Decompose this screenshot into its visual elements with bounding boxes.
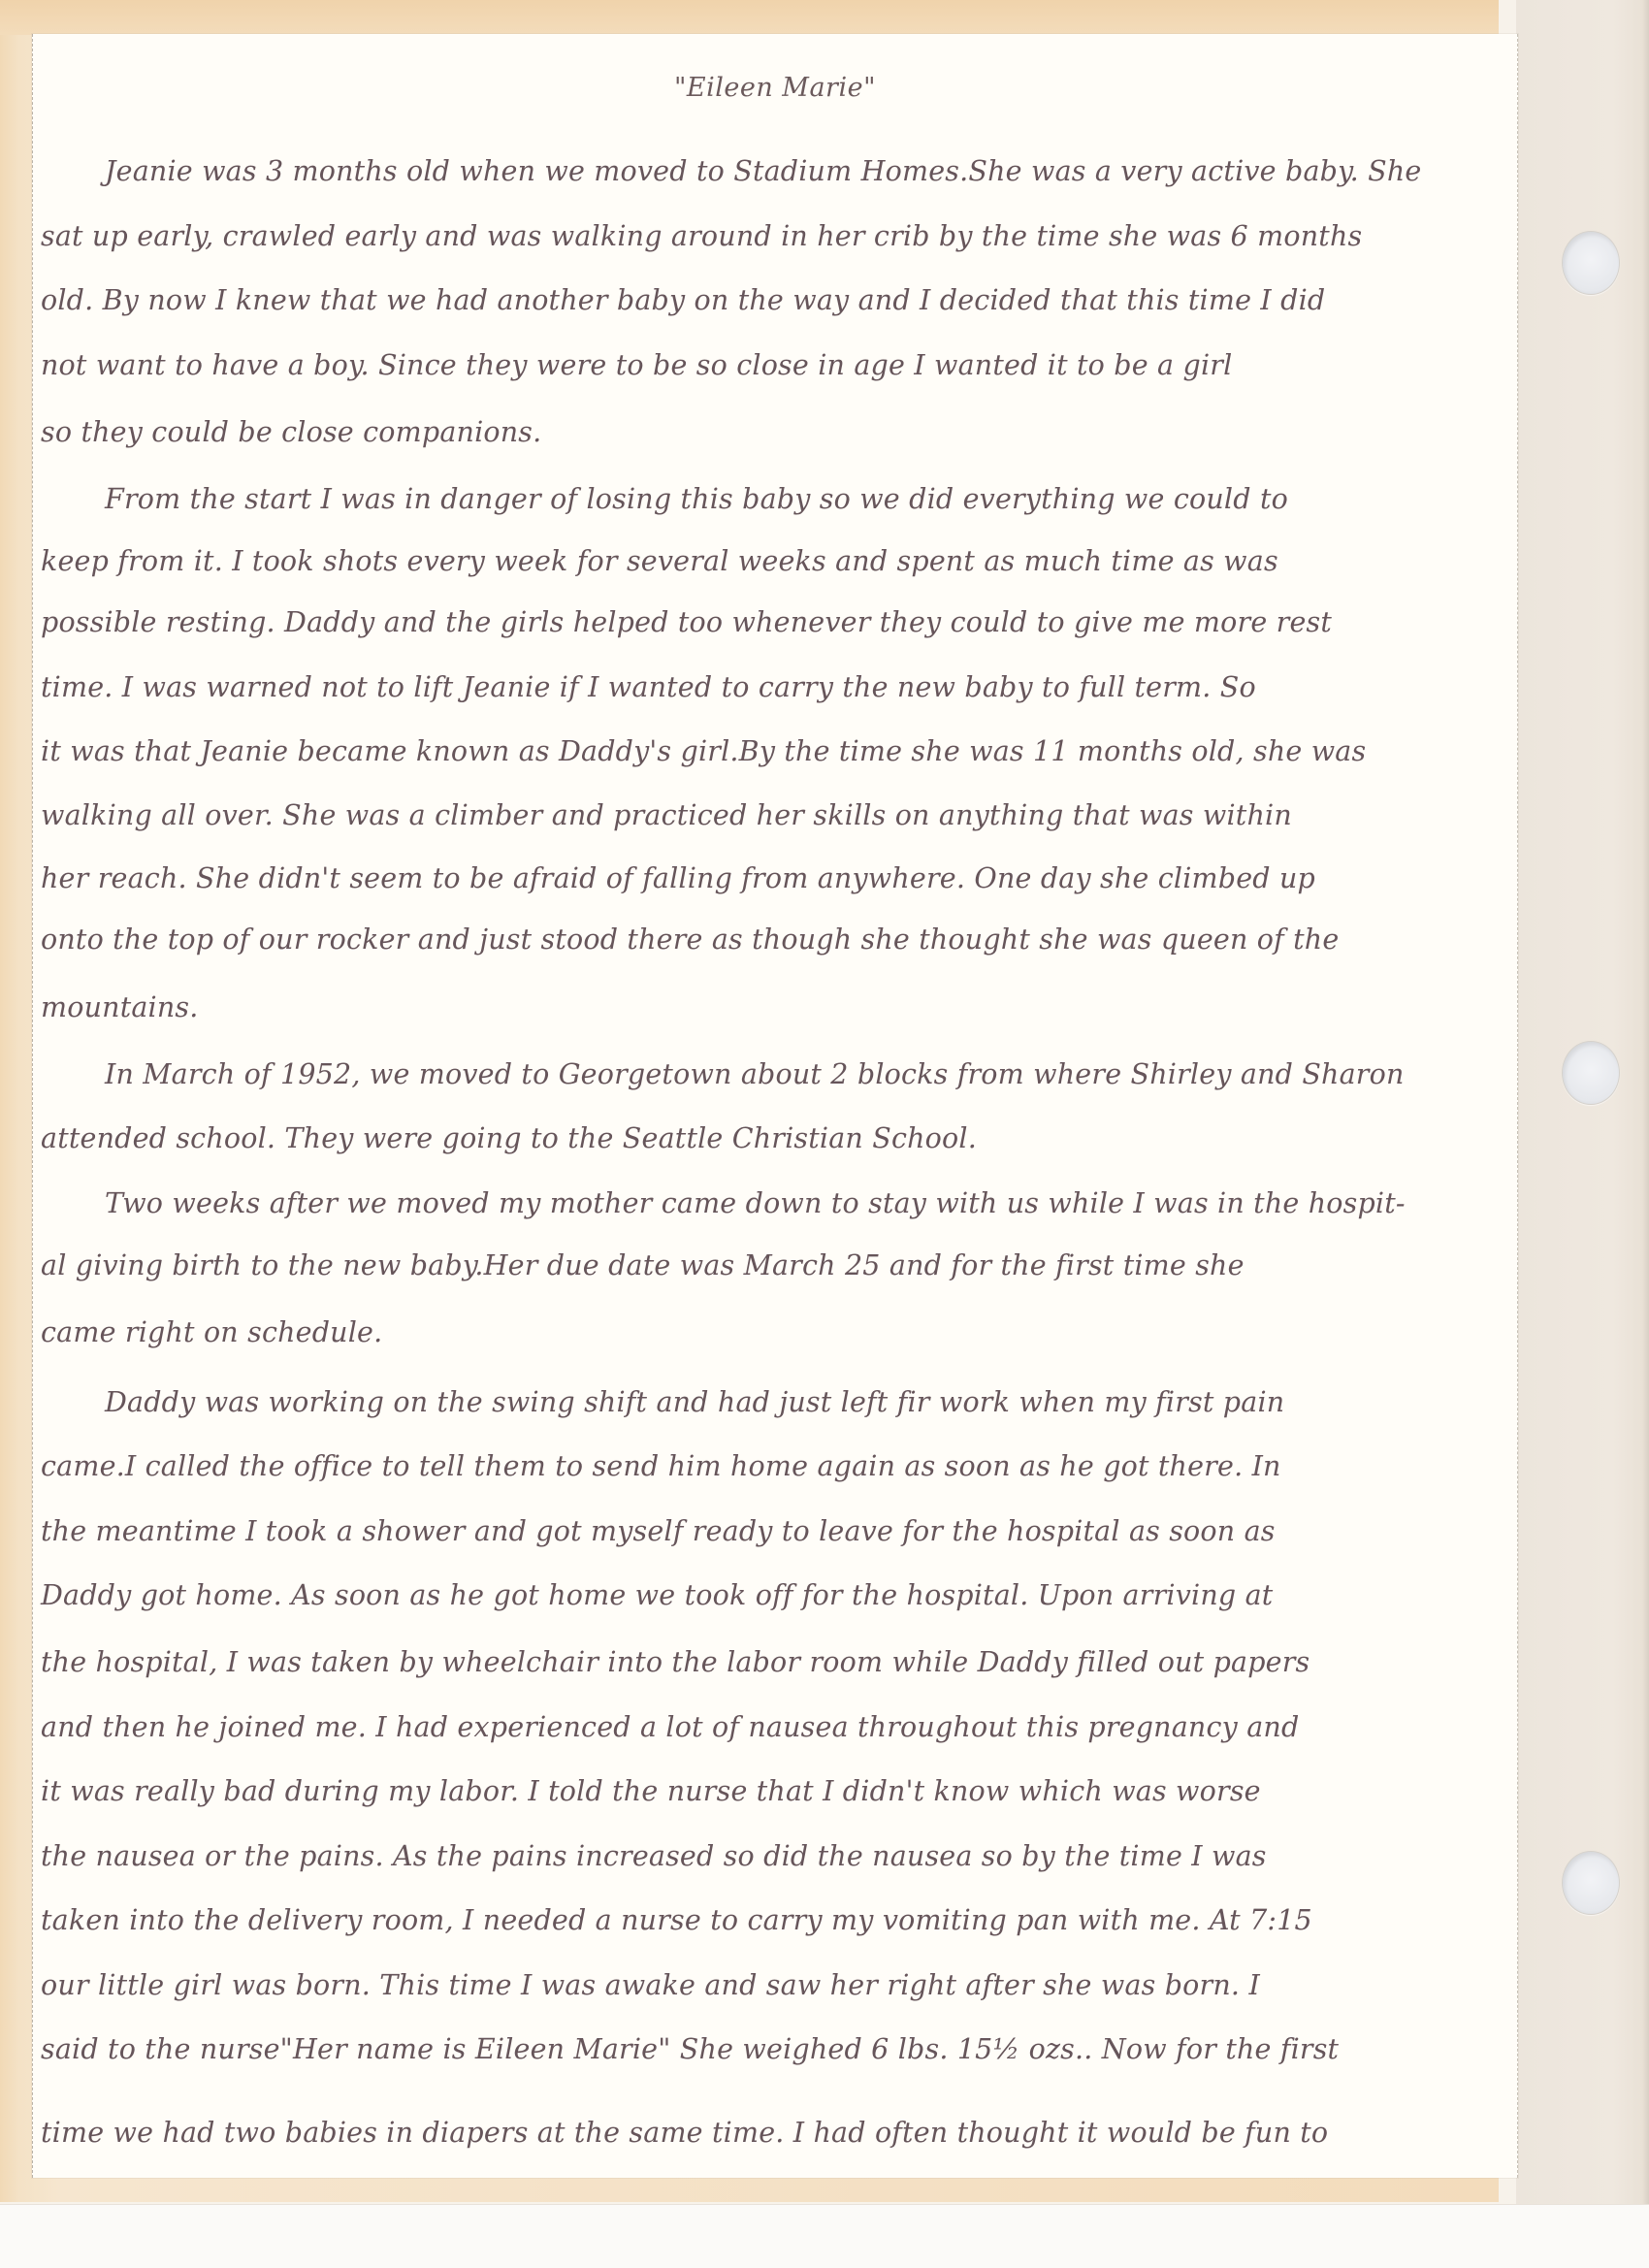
text-line: old. By now I knew that we had another b… <box>41 284 1325 316</box>
text-line: not want to have a boy. Since they were … <box>41 349 1232 381</box>
text-line: her reach. She didn't seem to be afraid … <box>41 862 1315 894</box>
binder-strip <box>1516 0 1649 2268</box>
text-line: keep from it. I took shots every week fo… <box>41 545 1278 577</box>
text-line: Daddy got home. As soon as he got home w… <box>41 1579 1273 1611</box>
text-line: sat up early, crawled early and was walk… <box>41 220 1362 252</box>
hole-punch-icon <box>1562 1041 1620 1105</box>
hole-punch-icon <box>1562 1851 1620 1915</box>
text-line: the nausea or the pains. As the pains in… <box>41 1840 1267 1872</box>
text-line: mountains. <box>41 991 199 1023</box>
text-line: Two weeks after we moved my mother came … <box>105 1187 1406 1219</box>
text-line: the meantime I took a shower and got mys… <box>41 1515 1276 1547</box>
text-line: From the start I was in danger of losing… <box>105 483 1288 515</box>
text-line: al giving birth to the new baby.Her due … <box>41 1249 1245 1281</box>
text-line: Jeanie was 3 months old when we moved to… <box>105 155 1421 187</box>
text-line: it was really bad during my labor. I tol… <box>41 1775 1261 1807</box>
text-line: our little girl was born. This time I wa… <box>41 1969 1260 2001</box>
text-line: attended school. They were going to the … <box>41 1122 977 1154</box>
page-body: Jeanie was 3 months old when we moved to… <box>33 34 1517 2178</box>
text-line: and then he joined me. I had experienced… <box>41 1711 1299 1743</box>
album-mount-top-edge <box>0 0 1499 35</box>
scanner-bottom-margin <box>0 2204 1649 2268</box>
text-line: so they could be close companions. <box>41 416 541 448</box>
text-line: came right on schedule. <box>41 1316 382 1348</box>
text-line: came.I called the office to tell them to… <box>41 1450 1281 1482</box>
text-line: it was that Jeanie became known as Daddy… <box>41 735 1366 767</box>
typed-page: "Eileen Marie" Jeanie was 3 months old w… <box>32 34 1518 2178</box>
text-line: possible resting. Daddy and the girls he… <box>41 606 1332 638</box>
text-line: taken into the delivery room, I needed a… <box>41 1904 1312 1936</box>
text-line: time. I was warned not to lift Jeanie if… <box>41 671 1256 703</box>
text-line: onto the top of our rocker and just stoo… <box>41 923 1339 956</box>
text-line: time we had two babies in diapers at the… <box>41 2117 1328 2149</box>
text-line: walking all over. She was a climber and … <box>41 799 1292 831</box>
text-line: In March of 1952, we moved to Georgetown… <box>105 1058 1405 1090</box>
text-line: Daddy was working on the swing shift and… <box>105 1386 1284 1418</box>
hole-punch-icon <box>1562 231 1620 295</box>
text-line: said to the nurse"Her name is Eileen Mar… <box>41 2033 1339 2065</box>
text-line: the hospital, I was taken by wheelchair … <box>41 1646 1309 1678</box>
